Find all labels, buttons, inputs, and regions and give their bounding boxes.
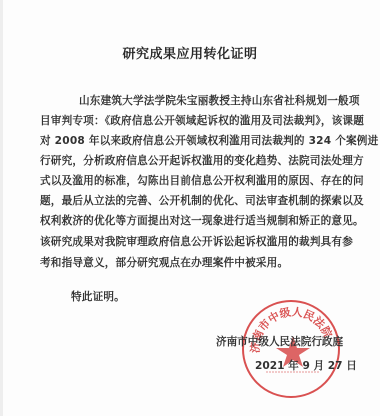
closing-statement: 特此证明。 — [71, 289, 125, 304]
body-line: 山东建筑大学法学院朱宝丽教授主持山东省社科规划一般项 — [79, 93, 360, 108]
official-seal-stamp: 济南市中级人民法院 — [242, 300, 340, 398]
document-title: 研究成果应用转化证明 — [0, 43, 380, 62]
body-line: 权利救济的优化等方面提出对这一现象进行适当规制和矫正的意见。 — [40, 213, 364, 228]
body-line: 题，最后从立法的完善、公开机制的优化、司法审查机制的探索以及 — [40, 193, 364, 208]
document-page: 研究成果应用转化证明 山东建筑大学法学院朱宝丽教授主持山东省社科规划一般项 目审… — [0, 0, 380, 416]
signature-organization: 济南市中级人民法院行政庭 — [216, 334, 343, 349]
signature-date: 2021 年 9 月 27 日 — [255, 358, 357, 373]
body-line: 考和指导意义，部分研究观点在办理案件中被采用。 — [40, 255, 288, 270]
body-line: 行研究，分析政府信息公开起诉权滥用的变化趋势、法院司法处理方 — [40, 153, 364, 168]
body-line: 式以及滥用的标准，勾陈出目前信息公开权利滥用的原因、存在的问 — [40, 173, 364, 188]
seal-star-icon: 济南市中级人民法院 — [244, 302, 342, 400]
body-line: 目审判专项：《政府信息公开领域起诉权的滥用及司法裁判》，该课题 — [40, 113, 364, 128]
body-line: 对 2008 年以来政府信息公开领域权利滥用司法裁判的 324 个案例进 — [40, 133, 378, 148]
body-line: 该研究成果对我院审理政府信息公开诉讼起诉权滥用的裁判具有参 — [40, 234, 353, 249]
page-edge — [0, 0, 3, 416]
